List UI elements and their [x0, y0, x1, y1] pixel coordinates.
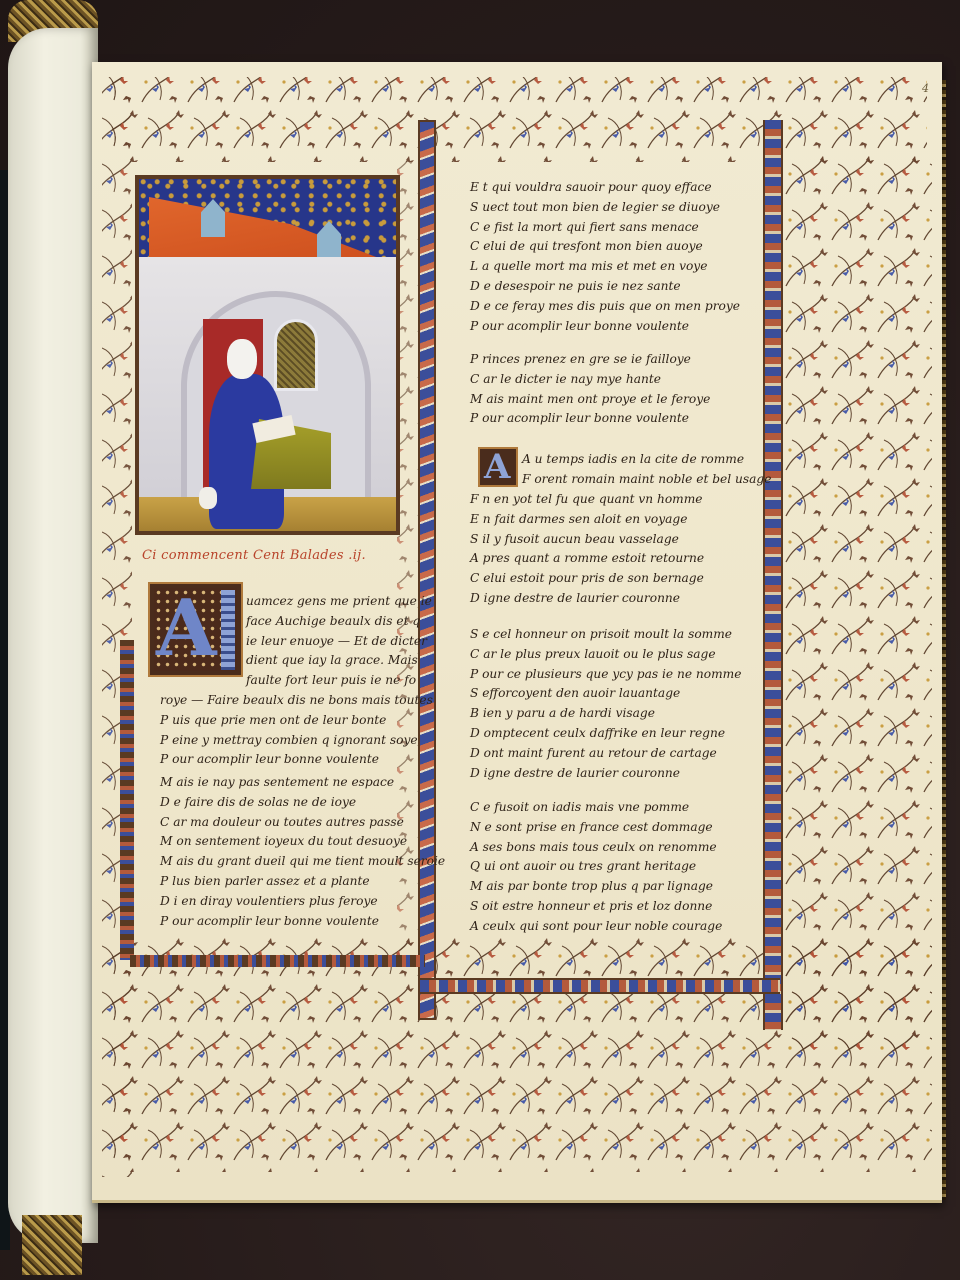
- left-column-stanza-2: M ais ie nay pas sentement ne espace D e…: [160, 773, 445, 931]
- initial-letter: A: [156, 584, 217, 674]
- verse-line: S oit estre honneur et pris et loz donne: [470, 897, 722, 917]
- miniature-figure-head: [227, 339, 257, 379]
- verse-line: ie leur enuoye — Et de dicter: [246, 632, 432, 652]
- verse-line: D ont maint furent au retour de cartage: [470, 744, 741, 764]
- verse-line: M ais par bonte trop plus q par lignage: [470, 877, 722, 897]
- verse-line: D igne destre de laurier couronne: [470, 764, 741, 784]
- verse-line: face Auchige beaulx dis et q: [246, 612, 432, 632]
- verse-line: S efforcoyent den auoir lauantage: [470, 684, 741, 704]
- verse-line: N e sont prise en france cest dommage: [470, 818, 722, 838]
- left-column-stanza-1b: roye — Faire beaulx dis ne bons mais tou…: [160, 691, 433, 770]
- verse-line: P uis que prie men ont de leur bonte: [160, 711, 433, 731]
- miniature-dog: [199, 487, 217, 509]
- left-vine-bar: [120, 640, 134, 960]
- verse-line: P rinces prenez en gre se ie failloye: [470, 350, 710, 370]
- verse-line: roye — Faire beaulx dis ne bons mais tou…: [160, 691, 433, 711]
- verse-line: A pres quant a romme estoit retourne: [470, 549, 704, 569]
- verse-line: D i en diray voulentiers plus feroye: [160, 892, 445, 912]
- right-column-stanza-5: C e fusoit on iadis mais vne pomme N e s…: [470, 798, 722, 937]
- verse-line: M ais ie nay pas sentement ne espace: [160, 773, 445, 793]
- rubric-heading: Ci commencent Cent Balades .ij.: [142, 548, 366, 563]
- verse-line: P lus bien parler assez et a plante: [160, 872, 445, 892]
- right-column-envoi-1: P rinces prenez en gre se ie failloye C …: [470, 350, 710, 429]
- verse-line: A ceulx qui sont pour leur noble courage: [470, 917, 722, 937]
- verse-line: F orent romain maint noble et bel usage: [522, 470, 771, 490]
- right-column-stanza-4: S e cel honneur on prisoit moult la somm…: [470, 625, 741, 783]
- bottom-vine-bar: [420, 978, 780, 994]
- verse-line: faulte fort leur puis ie ne fo: [246, 671, 432, 691]
- miniature-window: [274, 319, 318, 391]
- right-column-stanza-1: E t qui vouldra sauoir pour quoy efface …: [470, 178, 740, 336]
- verse-line: P our ce plusieurs que ycy pas ie ne nom…: [470, 665, 741, 685]
- verse-line: uamcez gens me prient que ie: [246, 592, 432, 612]
- verse-line: S uect tout mon bien de legier se diuoye: [470, 198, 740, 218]
- verse-line: L a quelle mort ma mis et met en voye: [470, 257, 740, 277]
- left-bottom-vine-bar: [130, 955, 425, 967]
- verse-line: C ar ma douleur ou toutes autres passe: [160, 813, 445, 833]
- right-column-stanza-3a: A u temps iadis en la cite de romme F or…: [522, 450, 771, 490]
- verse-line: P our acomplir leur bonne voulente: [470, 317, 740, 337]
- verse-line: E n fait darmes sen aloit en voyage: [470, 510, 704, 530]
- verse-line: C e fusoit on iadis mais vne pomme: [470, 798, 722, 818]
- verse-line: D omptecent ceulx daffrike en leur regne: [470, 724, 741, 744]
- verse-line: P our acomplir leur bonne voulente: [160, 750, 433, 770]
- verse-line: dient que iay la grace. Mais: [246, 651, 432, 671]
- verse-line: F n en yot tel fu que quant vn homme: [470, 490, 704, 510]
- historiated-initial: A: [148, 582, 243, 677]
- verse-line: C ar le dicter ie nay mye hante: [470, 370, 710, 390]
- verse-line: M ais du grant dueil qui me tient moult …: [160, 852, 445, 872]
- small-initial: A: [478, 447, 518, 487]
- verse-line: P our acomplir leur bonne voulente: [160, 912, 445, 932]
- verse-line: C ar le plus preux lauoit ou le plus sag…: [470, 645, 741, 665]
- miniature-illustration: [135, 175, 400, 535]
- verse-line: S il y fusoit aucun beau vasselage: [470, 530, 704, 550]
- verse-line: E t qui vouldra sauoir pour quoy efface: [470, 178, 740, 198]
- left-column-stanza-1a: uamcez gens me prient que ie face Auchig…: [246, 592, 432, 691]
- verse-line: M on sentement ioyeux du tout desuoye: [160, 832, 445, 852]
- initial-bar: [221, 590, 235, 670]
- verse-line: C elui de qui tresfont mon bien auoye: [470, 237, 740, 257]
- verse-line: D e ce feray mes dis puis que on men pro…: [470, 297, 740, 317]
- verse-line: D igne destre de laurier couronne: [470, 589, 704, 609]
- verse-line: C e fist la mort qui fiert sans menace: [470, 218, 740, 238]
- verse-line: A u temps iadis en la cite de romme: [522, 450, 771, 470]
- verse-line: Q ui ont auoir ou tres grant heritage: [470, 857, 722, 877]
- verse-line: B ien y paru a de hardi visage: [470, 704, 741, 724]
- verse-line: A ses bons mais tous ceulx on renomme: [470, 838, 722, 858]
- small-initial-letter: A: [484, 447, 510, 487]
- verse-line: C elui estoit pour pris de son bernage: [470, 569, 704, 589]
- right-vine-bar: [763, 120, 783, 1030]
- verse-line: P our acomplir leur bonne voulente: [470, 409, 710, 429]
- previous-page-stack: [8, 28, 98, 1243]
- verse-line: D e faire dis de solas ne de ioye: [160, 793, 445, 813]
- gilt-edge-bottom: [22, 1215, 82, 1275]
- verse-line: S e cel honneur on prisoit moult la somm…: [470, 625, 741, 645]
- verse-line: M ais maint men ont proye et le feroye: [470, 390, 710, 410]
- right-column-stanza-3b: F n en yot tel fu que quant vn homme E n…: [470, 490, 704, 609]
- verse-line: D e desespoir ne puis ie nez sante: [470, 277, 740, 297]
- verse-line: P eine y mettray combien q ignorant soye: [160, 731, 433, 751]
